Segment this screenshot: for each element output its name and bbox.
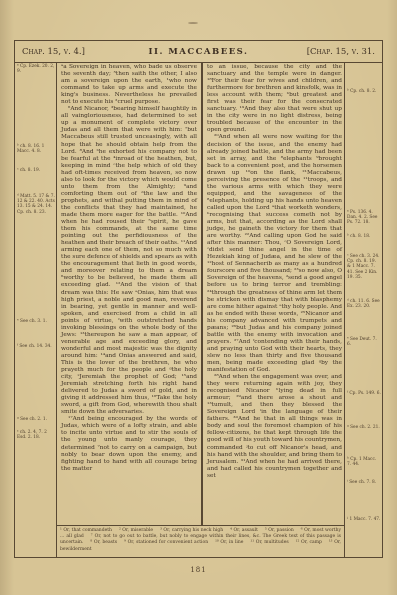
left-margin-notes: ᵃ Cp. Ezek. 20. 2, 9. ᵇ ch. 8. 16. 1 Mac… (15, 62, 57, 557)
margin-note: ⁱ See ch. 7. 8. (347, 480, 381, 485)
footnote: ² Or, miserable (119, 528, 153, 533)
scripture-paragraph: ²⁸And when the engagement was over, and … (207, 374, 342, 480)
right-margin-notes: ᵇ Cp. ch. 8. 2. ᵃ Ps. 136. 4. Dan. 4. 2.… (344, 62, 382, 557)
page-frame: Chap. 15, v. 4.] II. MACCABEES. [Chap. 1… (14, 40, 383, 558)
footnote: ⁸ Or, beasts (90, 540, 117, 545)
header-chapter-right: [Chap. 15, v. 31. (279, 47, 382, 57)
margin-note: ʲ 1 Macc. 7. 47. (347, 517, 381, 522)
margin-note: ᶜ ch. 8. 19. (17, 168, 55, 173)
page-body: ᵃ Cp. Ezek. 20. 2, 9. ᵇ ch. 8. 16. 1 Mac… (15, 62, 382, 557)
margin-note: ᶜ See ch. 3. 24. Cp. ch. 8. 19. & 1 Macc… (347, 254, 381, 280)
book-page: Chap. 15, v. 4.] II. MACCABEES. [Chap. 1… (0, 0, 397, 595)
margin-note: ᵉ See ch. 3. 1. (17, 319, 55, 324)
margin-note: ᵃ Cp. Ezek. 20. 2, 9. (17, 64, 55, 74)
footnote: ⁹ Or, stationed for convenient action (124, 540, 208, 545)
footnote: ⁵ Or, passion (265, 528, 294, 533)
footnote: ³ Or, carrying his neck high (160, 528, 223, 533)
footnote: ¹² Or, camp (296, 540, 322, 545)
page-header: Chap. 15, v. 4.] II. MACCABEES. [Chap. 1… (15, 41, 382, 63)
margin-note: ᵍ See ch. 2. 1. (17, 417, 55, 422)
margin-note: ᵇ ch. 8. 16. 1 Macc. 4. 8. (17, 144, 55, 154)
paper-smudge (188, 22, 198, 24)
scripture-paragraph: ᵃa Sovereign in heaven, who bade us obse… (61, 64, 197, 106)
footnotes-box: ¹ Or, that commandeth² Or, miserable³ Or… (56, 525, 345, 557)
margin-note: ᵈ Matt. 5. 17 & 7. 12 & 22. 40. Acts 13.… (17, 194, 55, 215)
page-number: 181 (0, 566, 397, 574)
scripture-paragraph: ²⁰And when all were now waiting for the … (207, 134, 342, 374)
scripture-paragraph: ⁶And Nicanor, ³bearing himself haughtily… (61, 106, 197, 416)
footnote: ¹ Or, that commandeth (60, 528, 112, 533)
margin-note: ᵉ See Deut. 7. 6. (347, 337, 381, 347)
scripture-paragraph: to an issue, because the city and the sa… (207, 64, 342, 134)
margin-note: ᶠ See ch. 14. 34. (17, 344, 55, 349)
margin-note: ᶠ Cp. Ps. 149. 6. (347, 391, 381, 396)
footnote: ¹¹ Or, multitudes (250, 540, 288, 545)
margin-note: ᶻ ch. 2. 4, 7. 2 Esd. 2. 18. (17, 430, 55, 440)
margin-note: ᵃ Ps. 136. 4. Dan. 4. 2. See Ps. 72. 18. (347, 210, 381, 226)
header-chapter-left: Chap. 15, v. 4.] (15, 47, 118, 57)
footnote: ⁴ Or, assault (230, 528, 258, 533)
margin-note: ᵈ ch. 11. 6. See Ex. 23. 20. (347, 299, 381, 309)
header-book-title: II. MACCABEES. (118, 47, 279, 57)
scripture-paragraph: ¹⁷And being encouraged by the words of J… (61, 416, 197, 472)
margin-note: ᵇ ch. 8. 18. (347, 234, 381, 239)
left-text-column: ᵃa Sovereign in heaven, who bade us obse… (57, 62, 202, 525)
margin-note: ᵍ See ch. 2. 21. (347, 425, 381, 430)
right-text-column: to an issue, because the city and the sa… (202, 62, 346, 525)
footnote: ¹⁰ Or, in line (215, 540, 243, 545)
margin-note: ᵇ Cp. ch. 8. 2. (347, 89, 381, 94)
margin-note: ʰ Cp. 1 Macc. 7. 44. (347, 457, 381, 467)
